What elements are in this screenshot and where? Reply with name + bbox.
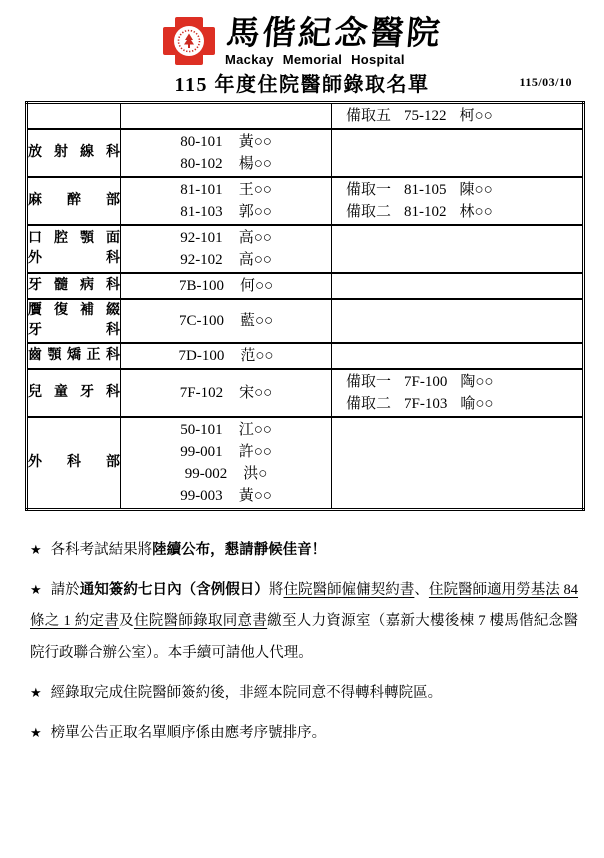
alternates-cell [332, 343, 584, 369]
department-char: 科 [106, 321, 120, 341]
admitted-entry: 7B-100何○○ [121, 275, 331, 297]
department-name-line: 贋復補綴 [28, 301, 120, 321]
candidate-name: 高○○ [239, 249, 272, 271]
note-item: ★各科考試結果將陸續公布，懇請靜候佳音！ [30, 535, 578, 566]
admitted-entry: 99-001許○○ [121, 441, 331, 463]
department-name-line: 兒童牙科 [28, 383, 120, 403]
alternates-cell [332, 299, 584, 343]
department-char: 顎 [80, 229, 94, 249]
department-char: 外 [28, 249, 42, 269]
logo-tree-emblem-icon [176, 28, 202, 54]
candidate-name: 藍○○ [240, 310, 273, 332]
department-char: 麻 [28, 191, 42, 211]
department-char: 童 [54, 383, 68, 403]
table-row: 兒童牙科7F-102宋○○備取一7F-100陶○○備取二7F-103喻○○ [27, 369, 584, 417]
admitted-cell: 7D-100范○○ [121, 343, 332, 369]
alternate-entry: 備取二7F-103喻○○ [332, 393, 582, 415]
department-char: 髓 [54, 276, 68, 296]
candidate-name: 何○○ [240, 275, 273, 297]
alternates-cell [332, 129, 584, 177]
department-char: 矯 [67, 346, 81, 366]
hospital-name-english: Mackay Memorial Hospital [225, 52, 441, 67]
department-name-line: 牙髓病科 [28, 276, 120, 296]
department-cell: 口腔顎面外科 [27, 225, 121, 273]
candidate-name: 洪○ [243, 463, 267, 485]
alternate-entry: 備取五75-122柯○○ [332, 105, 582, 127]
table-row: 外科部50-101江○○99-001許○○99-002洪○99-003黃○○ [27, 417, 584, 510]
note-text-segment: 住院醫師僱傭契約書 [283, 582, 414, 598]
star-icon: ★ [30, 582, 42, 597]
table-row: 麻醉部81-101王○○81-103郭○○備取一81-105陳○○備取二81-1… [27, 177, 584, 225]
candidate-number: 81-102 [404, 201, 447, 223]
department-char: 科 [106, 383, 120, 403]
department-char: 科 [106, 143, 120, 163]
department-cell: 放射線科 [27, 129, 121, 177]
candidate-number: 92-101 [180, 227, 223, 249]
department-char: 科 [67, 453, 81, 473]
admitted-entry: 92-102高○○ [121, 249, 331, 271]
department-name-line: 外科 [28, 249, 120, 269]
candidate-name: 郭○○ [239, 201, 272, 223]
star-icon: ★ [30, 685, 42, 700]
note-item: ★經錄取完成住院醫師簽約後，非經本院同意不得轉科轉院區。 [30, 678, 578, 709]
note-text-segment: 請於 [51, 582, 80, 598]
admitted-entry: 50-101江○○ [121, 419, 331, 441]
alternate-entry: 備取一7F-100陶○○ [332, 371, 582, 393]
candidate-number: 81-105 [404, 179, 447, 201]
candidate-number: 7C-100 [179, 310, 224, 332]
candidate-name: 楊○○ [239, 153, 272, 175]
table-row: 贋復補綴牙科7C-100藍○○ [27, 299, 584, 343]
department-char: 射 [54, 143, 68, 163]
page-title: 115 年度住院醫師錄取名單 [175, 74, 430, 96]
note-text-segment: 將 [269, 582, 284, 598]
admitted-cell: 7B-100何○○ [121, 273, 332, 299]
admitted-entry: 80-102楊○○ [121, 153, 331, 175]
department-char: 綴 [106, 301, 120, 321]
admitted-entry: 80-101黃○○ [121, 131, 331, 153]
note-text-segment: 經錄取完成住院醫師簽約後，非經本院同意不得轉科轉院區。 [51, 685, 443, 701]
admitted-entry: 99-003黃○○ [121, 485, 331, 507]
candidate-number: 75-122 [404, 105, 447, 127]
candidate-number: 7F-102 [180, 382, 223, 404]
candidate-number: 80-102 [180, 153, 223, 175]
candidate-number: 81-103 [180, 201, 223, 223]
table-row: 齒顎矯正科7D-100范○○ [27, 343, 584, 369]
table-row: 口腔顎面外科92-101高○○92-102高○○ [27, 225, 584, 273]
department-char: 科 [106, 346, 120, 366]
admitted-cell: 7F-102宋○○ [121, 369, 332, 417]
candidate-number: 7F-100 [404, 371, 447, 393]
department-char: 贋 [28, 301, 42, 321]
candidate-number: 50-101 [180, 419, 223, 441]
candidate-name: 江○○ [239, 419, 272, 441]
department-char: 醉 [67, 191, 81, 211]
note-text-segment: 榜單公告正取名單順序係由應考序號排序。 [51, 725, 327, 741]
note-text-segment: 及 [119, 613, 134, 629]
department-char: 復 [54, 301, 68, 321]
admitted-entry: 7D-100范○○ [121, 345, 331, 367]
department-name-line: 外科部 [28, 453, 120, 473]
candidate-name: 喻○○ [460, 393, 493, 415]
hospital-header: 馬偕紀念醫院 Mackay Memorial Hospital [0, 0, 604, 67]
department-char: 腔 [54, 229, 68, 249]
admission-table: 備取五75-122柯○○放射線科80-101黃○○80-102楊○○麻醉部81-… [25, 101, 585, 511]
admitted-cell [121, 102, 332, 129]
candidate-name: 許○○ [239, 441, 272, 463]
department-char: 口 [28, 229, 42, 249]
department-cell [27, 102, 121, 129]
alternate-entry: 備取二81-102林○○ [332, 201, 582, 223]
alternate-rank: 備取二 [346, 201, 391, 223]
candidate-name: 范○○ [240, 345, 273, 367]
red-cross-logo-icon [163, 17, 215, 65]
note-text-segment: 陸續公布，懇請靜候佳音！ [152, 542, 326, 558]
footnotes: ★各科考試結果將陸續公布，懇請靜候佳音！★請於通知簽約七日內（含例假日）將住院醫… [30, 535, 578, 750]
candidate-name: 高○○ [239, 227, 272, 249]
department-cell: 齒顎矯正科 [27, 343, 121, 369]
admitted-cell: 81-101王○○81-103郭○○ [121, 177, 332, 225]
department-char: 牙 [28, 321, 42, 341]
department-char: 病 [80, 276, 94, 296]
department-char: 放 [28, 143, 42, 163]
admitted-entry: 92-101高○○ [121, 227, 331, 249]
department-name-line: 麻醉部 [28, 191, 120, 211]
department-cell: 兒童牙科 [27, 369, 121, 417]
alternates-cell [332, 417, 584, 510]
star-icon: ★ [30, 542, 42, 557]
admitted-entry: 81-101王○○ [121, 179, 331, 201]
candidate-name: 柯○○ [460, 105, 493, 127]
department-name-line: 放射線科 [28, 143, 120, 163]
title-row: 115 年度住院醫師錄取名單 115/03/10 [0, 68, 604, 96]
department-char: 線 [80, 143, 94, 163]
department-char: 科 [106, 276, 120, 296]
department-char: 外 [28, 453, 42, 473]
table-row: 放射線科80-101黃○○80-102楊○○ [27, 129, 584, 177]
logo-center-disc [174, 26, 204, 56]
department-char: 補 [80, 301, 94, 321]
alternates-cell: 備取一81-105陳○○備取二81-102林○○ [332, 177, 584, 225]
candidate-name: 黃○○ [239, 485, 272, 507]
department-name-line: 齒顎矯正科 [28, 346, 120, 366]
department-char: 齒 [28, 346, 42, 366]
alternate-rank: 備取一 [346, 179, 391, 201]
candidate-number: 7D-100 [179, 345, 225, 367]
table-row: 牙髓病科7B-100何○○ [27, 273, 584, 299]
candidate-number: 99-003 [180, 485, 223, 507]
department-char: 牙 [80, 383, 94, 403]
department-char: 顎 [48, 346, 62, 366]
note-text-segment: 、 [414, 582, 429, 598]
admitted-entry: 7C-100藍○○ [121, 310, 331, 332]
candidate-number: 7F-103 [404, 393, 447, 415]
admitted-entry: 81-103郭○○ [121, 201, 331, 223]
candidate-number: 81-101 [180, 179, 223, 201]
candidate-number: 80-101 [180, 131, 223, 153]
department-char: 面 [106, 229, 120, 249]
candidate-number: 99-002 [185, 463, 228, 485]
department-cell: 麻醉部 [27, 177, 121, 225]
candidate-name: 陶○○ [460, 371, 493, 393]
candidate-number: 92-102 [180, 249, 223, 271]
alternate-rank: 備取二 [346, 393, 391, 415]
hospital-brand-text: 馬偕紀念醫院 Mackay Memorial Hospital [225, 16, 441, 67]
note-text-segment: 住院醫師錄取同意書 [134, 613, 267, 629]
department-name-line: 口腔顎面 [28, 229, 120, 249]
admitted-entry: 99-002洪○ [121, 463, 331, 485]
candidate-name: 陳○○ [460, 179, 493, 201]
candidate-number: 7B-100 [179, 275, 224, 297]
admitted-entry: 7F-102宋○○ [121, 382, 331, 404]
admitted-cell: 92-101高○○92-102高○○ [121, 225, 332, 273]
alternates-cell [332, 273, 584, 299]
alternates-cell: 備取一7F-100陶○○備取二7F-103喻○○ [332, 369, 584, 417]
admitted-cell: 7C-100藍○○ [121, 299, 332, 343]
note-text-segment: 各科考試結果將 [51, 542, 153, 558]
department-name-line: 牙科 [28, 321, 120, 341]
department-cell: 外科部 [27, 417, 121, 510]
department-char: 兒 [28, 383, 42, 403]
alternates-cell [332, 225, 584, 273]
star-icon: ★ [30, 725, 42, 740]
department-cell: 牙髓病科 [27, 273, 121, 299]
department-char: 部 [106, 191, 120, 211]
department-char: 正 [87, 346, 101, 366]
department-char: 牙 [28, 276, 42, 296]
department-char: 科 [106, 249, 120, 269]
alternate-entry: 備取一81-105陳○○ [332, 179, 582, 201]
department-char: 部 [106, 453, 120, 473]
alternate-rank: 備取五 [346, 105, 391, 127]
note-text-segment: 通知簽約七日內（含例假日） [80, 582, 269, 598]
candidate-name: 林○○ [460, 201, 493, 223]
hospital-name-calligraphy: 馬偕紀念醫院 [225, 16, 444, 51]
candidate-name: 王○○ [239, 179, 272, 201]
admission-table-body: 備取五75-122柯○○放射線科80-101黃○○80-102楊○○麻醉部81-… [27, 102, 584, 509]
alternate-rank: 備取一 [346, 371, 391, 393]
document-page: 馬偕紀念醫院 Mackay Memorial Hospital 115 年度住院… [0, 0, 604, 858]
note-item: ★請於通知簽約七日內（含例假日）將住院醫師僱傭契約書、住院醫師適用勞基法 84 … [30, 575, 578, 669]
document-date: 115/03/10 [519, 75, 572, 90]
note-item: ★榜單公告正取名單順序係由應考序號排序。 [30, 718, 578, 749]
candidate-name: 宋○○ [239, 382, 272, 404]
admitted-cell: 80-101黃○○80-102楊○○ [121, 129, 332, 177]
candidate-name: 黃○○ [239, 131, 272, 153]
alternates-cell: 備取五75-122柯○○ [332, 102, 584, 129]
table-row: 備取五75-122柯○○ [27, 102, 584, 129]
candidate-number: 99-001 [180, 441, 223, 463]
department-cell: 贋復補綴牙科 [27, 299, 121, 343]
admitted-cell: 50-101江○○99-001許○○99-002洪○99-003黃○○ [121, 417, 332, 510]
